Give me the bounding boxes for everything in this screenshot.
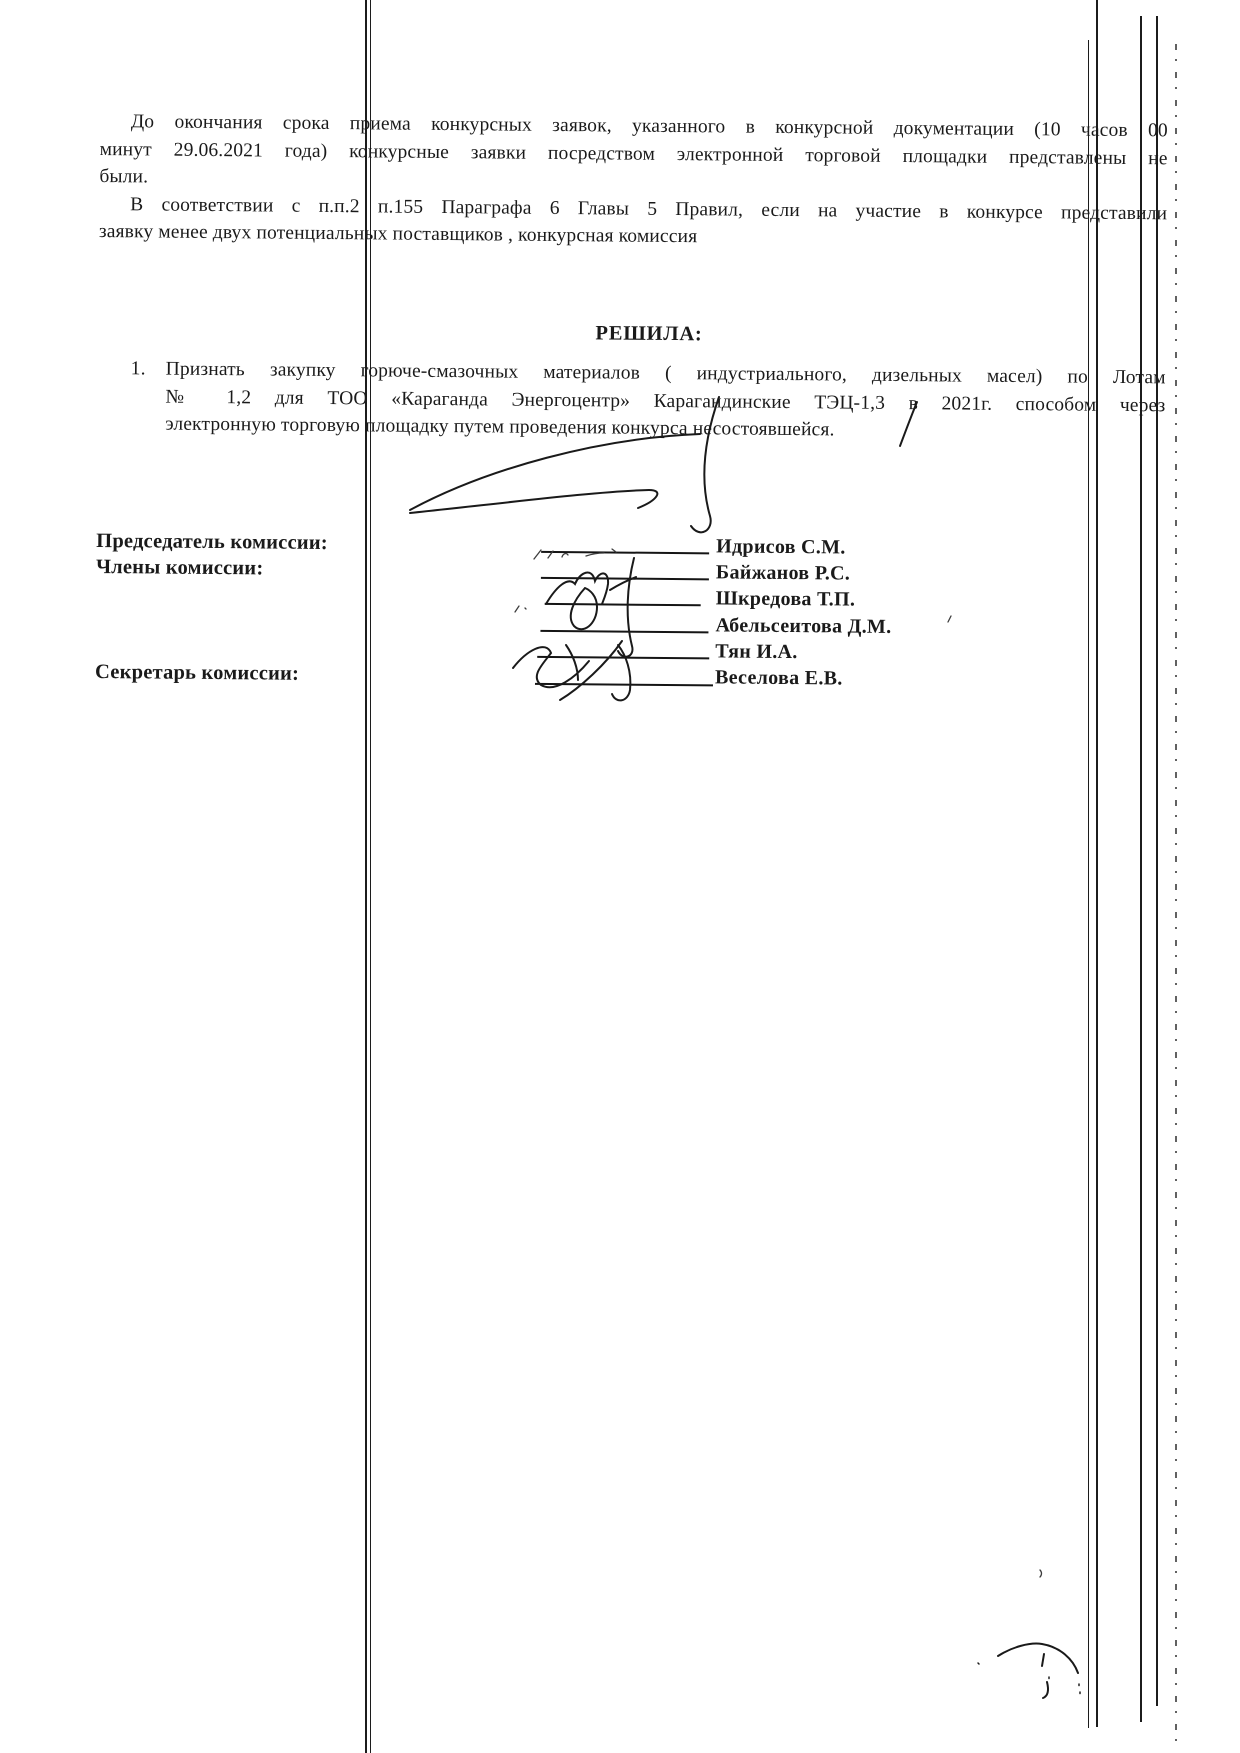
signature-line <box>541 550 709 553</box>
signatory-name: Абельсеитова Д.М. <box>715 612 891 641</box>
paragraph-deadline: До окончания срока приема конкурсных зая… <box>99 108 1168 200</box>
scan-dash-dot-line-right <box>1175 44 1177 1742</box>
decision-item-1: 1. Признать закупку горюче-смазочных мат… <box>130 355 1166 447</box>
decision-heading: РЕШИЛА: <box>98 315 1166 352</box>
chairman-label: Председатель комиссии: <box>96 527 328 557</box>
decision-item-text: Признать закупку горюче-смазочных матери… <box>165 356 1166 447</box>
pen-mark <box>1040 1570 1042 1577</box>
pen-hook <box>998 1644 1078 1673</box>
signature-block: Председатель комиссии: Идрисов С.М. Член… <box>95 527 996 693</box>
signatory-name: Тян И.А. <box>715 638 798 666</box>
members-label: Члены комиссии: <box>96 554 264 583</box>
signature-line <box>537 656 709 660</box>
signatory-name: Шкредова Т.П. <box>716 586 856 615</box>
signatory-name: Идрисов С.М. <box>716 533 846 562</box>
signature-line <box>545 603 701 606</box>
pen-hook <box>1042 1654 1044 1666</box>
paragraph-rules-reference: В соответствии с п.п.2 п.155 Параграфа 6… <box>99 190 1167 254</box>
signature-line <box>541 577 709 580</box>
pen-hook <box>1043 1682 1048 1698</box>
secretary-label: Секретарь комиссии: <box>95 659 299 688</box>
pen-dot <box>978 1663 979 1664</box>
signature-line <box>540 630 708 633</box>
signatory-name: Веселова Е.В. <box>715 665 843 694</box>
signature-line <box>535 683 713 687</box>
signatory-name: Байжанов Р.С. <box>716 559 850 588</box>
document-text: До окончания срока приема конкурсных зая… <box>95 108 1168 695</box>
decision-item-number: 1. <box>130 355 166 438</box>
scanned-document-page: До окончания срока приема конкурсных зая… <box>0 0 1240 1753</box>
